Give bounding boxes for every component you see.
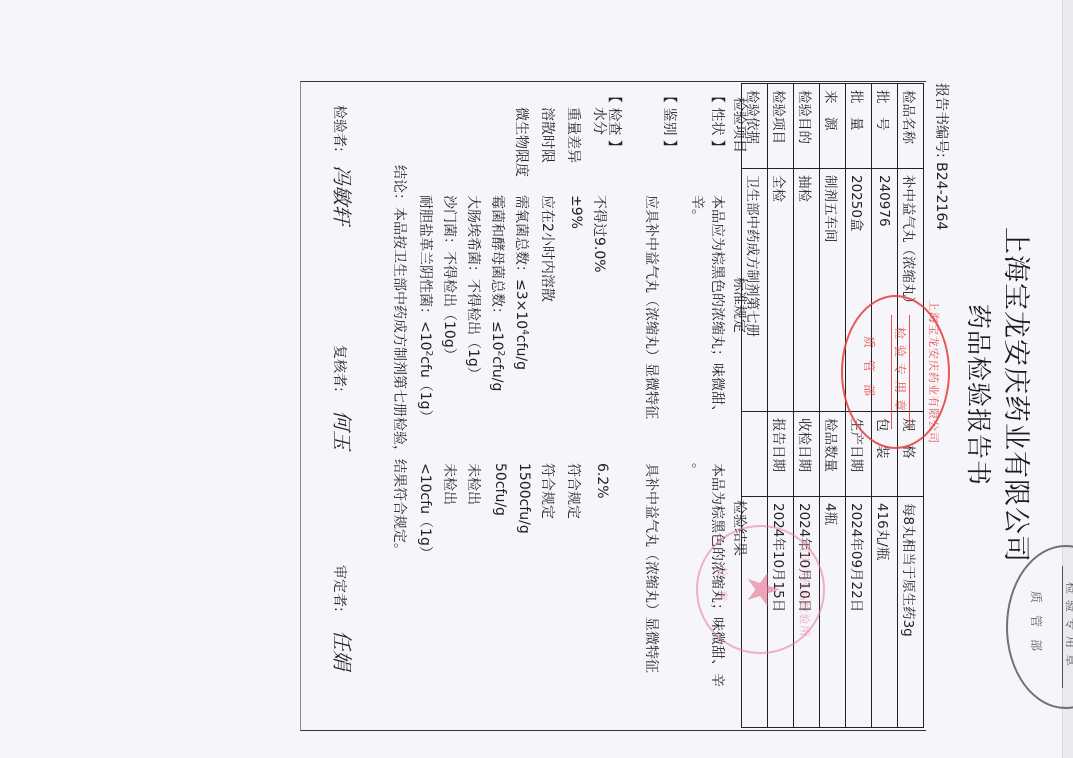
- info-label: 来 源: [820, 84, 846, 169]
- jianbie-standard: 应具补中益气丸（浓缩丸）显微特征: [642, 195, 662, 419]
- check-item-name: 微生物限度: [512, 107, 532, 177]
- info-label: 检验目的: [794, 84, 820, 169]
- info-value: 240976: [872, 169, 898, 412]
- company-name: 上海宝龙安庆药业有限公司: [999, 45, 1038, 745]
- info-value-2: 每8丸相当于原生药3g: [898, 497, 924, 728]
- check-item-result: 未检出: [440, 463, 460, 505]
- check-item-result: <10cfu（1g）: [416, 463, 436, 560]
- info-value: 全检: [768, 169, 794, 412]
- info-value-2: 2024年10月10日: [794, 497, 820, 728]
- col-header-standard: 标准规定: [730, 277, 750, 333]
- inspection-report: 上海宝龙安庆药业有限公司 药品检验报告书 报告书编号: B24-2164 检品名…: [20, 45, 1020, 745]
- info-label-2: 规 格: [898, 412, 924, 497]
- info-row: 检验目的抽检收检日期2024年10月10日: [794, 84, 820, 728]
- check-item-name: 水分: [590, 107, 610, 135]
- info-row: 批 量20250盒生产日期2024年09月22日: [846, 84, 872, 728]
- check-item-standard: 需氧菌总数：≤3×104cfu/g: [512, 195, 532, 370]
- section-xingzhuang-title: 【 性状 】: [708, 89, 728, 154]
- info-label-2: 生产日期: [846, 412, 872, 497]
- info-value: 20250盒: [846, 169, 872, 412]
- info-row: 检品名称补中益气丸（浓缩丸）规 格每8丸相当于原生药3g: [898, 84, 924, 728]
- check-item-standard: 应在2小时内溶散: [538, 195, 558, 302]
- jianbie-result: 具补中益气丸（浓缩丸）显微特征: [642, 463, 662, 673]
- report-number-label: 报告书编号:: [933, 83, 949, 158]
- reviewer-label: 复核者:: [330, 345, 350, 392]
- info-value-2: 4瓶: [820, 497, 846, 728]
- info-value-2: 416丸/瓶: [872, 497, 898, 728]
- inspector-label: 检验者:: [330, 105, 350, 152]
- check-item-result: 未检出: [464, 463, 484, 505]
- check-item-standard: ±9%: [568, 195, 584, 229]
- info-row: 来 源制剂五车间检品数量4瓶: [820, 84, 846, 728]
- report-title: 药品检验报告书: [962, 45, 998, 745]
- approver-signature: 任娟: [329, 630, 358, 670]
- col-header-item: 检验项目: [730, 97, 750, 153]
- check-item-name: 重量差异: [564, 107, 584, 163]
- xingzhuang-result-cont: 。: [688, 463, 708, 477]
- standard-unit: cfu/g: [513, 335, 529, 370]
- standard-text: 需氧菌总数：≤3×10: [513, 195, 529, 329]
- reviewer-signature: 何玉: [329, 410, 358, 450]
- info-label-2: 收检日期: [794, 412, 820, 497]
- info-label-2: 报告日期: [768, 412, 794, 497]
- info-row: 检验依据卫生部中药成方制剂第七册: [742, 84, 768, 728]
- check-item-result: 符合规定: [538, 463, 558, 519]
- standard-text: 霉菌和酵母菌总数：≤10: [489, 195, 505, 351]
- section-jianbie-title: 【 鉴别 】: [660, 89, 680, 154]
- xingzhuang-standard-cont: 辛。: [688, 195, 708, 223]
- info-label-2: [742, 412, 768, 497]
- info-value: 抽检: [794, 169, 820, 412]
- info-value: 制剂五车间: [820, 169, 846, 412]
- info-value: 补中益气丸（浓缩丸）: [898, 169, 924, 412]
- check-item-standard: 耐胆盐革兰阴性菌：<102cfu（1g）: [416, 195, 436, 424]
- xingzhuang-standard: 本品应为棕黑色的浓缩丸；味微甜、: [708, 195, 728, 419]
- info-label: 检品名称: [898, 84, 924, 169]
- info-label-2: 包 装: [872, 412, 898, 497]
- report-number-value: B24-2164: [933, 162, 949, 230]
- approver-label: 审定者:: [330, 565, 350, 612]
- scanner-edge: [1062, 0, 1073, 758]
- info-label: 批 量: [846, 84, 872, 169]
- info-label: 检验项目: [768, 84, 794, 169]
- info-row: 检验项目全检报告日期2024年10月15日: [768, 84, 794, 728]
- info-value-2: 2024年09月22日: [846, 497, 872, 728]
- check-item-standard: 霉菌和酵母菌总数：≤102cfu/g: [488, 195, 508, 391]
- xingzhuang-result: 本品为棕黑色的浓缩丸；味微甜、辛: [708, 463, 728, 687]
- standard-unit: cfu（1g）: [417, 356, 433, 423]
- check-item-result: 50cfu/g: [492, 463, 508, 516]
- inspector-signature: 冯敏轩: [329, 165, 358, 225]
- info-label: 批 号: [872, 84, 898, 169]
- standard-unit: cfu/g: [489, 356, 505, 391]
- check-item-standard: 沙门菌：不得检出（10g）: [440, 195, 460, 362]
- check-item-result: 6.2%: [594, 463, 610, 499]
- info-label-2: 检品数量: [820, 412, 846, 497]
- check-item-standard: 不得过9.0%: [590, 195, 610, 273]
- check-item-standard: 大肠埃希菌：不得检出（1g）: [464, 195, 484, 381]
- conclusion: 结论：本品按卫生部中药成方制剂第七册检验，结果符合规定。: [390, 165, 410, 557]
- sample-info-table: 检品名称补中益气丸（浓缩丸）规 格每8丸相当于原生药3g批 号240976包 装…: [741, 83, 924, 728]
- standard-text: 耐胆盐革兰阴性菌：<10: [417, 195, 433, 351]
- info-value-2: 2024年10月15日: [768, 497, 794, 728]
- check-item-result: 1500cfu/g: [516, 463, 532, 534]
- check-item-name: 溶散时限: [538, 107, 558, 163]
- report-number: 报告书编号: B24-2164: [932, 83, 952, 230]
- info-row: 批 号240976包 装416丸/瓶: [872, 84, 898, 728]
- check-item-result: 符合规定: [564, 463, 584, 519]
- col-header-result: 检验结果: [730, 500, 750, 556]
